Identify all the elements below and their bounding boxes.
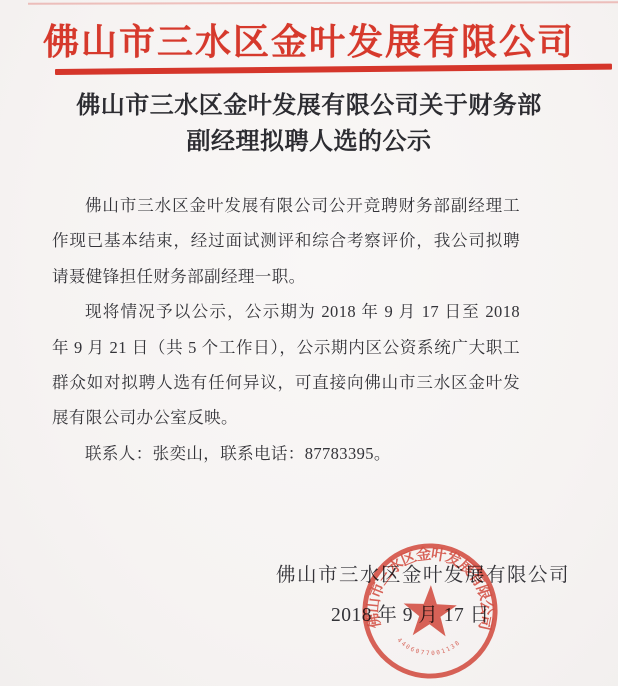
scanned-notice-document: 佛山市三水区金叶发展有限公司 佛山市三水区金叶发展有限公司关于财务部 副经理拟聘…: [0, 0, 618, 686]
paragraph-publicity-period: 现将情况予以公示，公示期为 2018 年 9 月 17 日至 2018 年 9 …: [52, 294, 520, 436]
scan-edge-artifact: [28, 1, 618, 5]
seal-serial-number: 4406077001138: [395, 637, 462, 659]
paragraph-announcement: 佛山市三水区金叶发展有限公司公开竞聘财务部副经理工作现已基本结束，经过面试测评和…: [52, 188, 520, 294]
paragraph-contact: 联系人：张奕山，联系电话：87783395。: [52, 436, 520, 471]
company-seal: 佛山市三水区金叶发展有限公司 4406077001138: [358, 539, 503, 684]
red-divider-line: [55, 64, 612, 75]
document-title-line2: 副经理拟聘人选的公示: [0, 124, 618, 160]
star-icon: [403, 584, 458, 637]
document-body: 佛山市三水区金叶发展有限公司公开竞聘财务部副经理工作现已基本结束，经过面试测评和…: [52, 188, 520, 471]
document-title-line1: 佛山市三水区金叶发展有限公司关于财务部: [0, 88, 618, 124]
document-title: 佛山市三水区金叶发展有限公司关于财务部 副经理拟聘人选的公示: [0, 88, 618, 160]
company-letterhead: 佛山市三水区金叶发展有限公司: [0, 14, 618, 65]
